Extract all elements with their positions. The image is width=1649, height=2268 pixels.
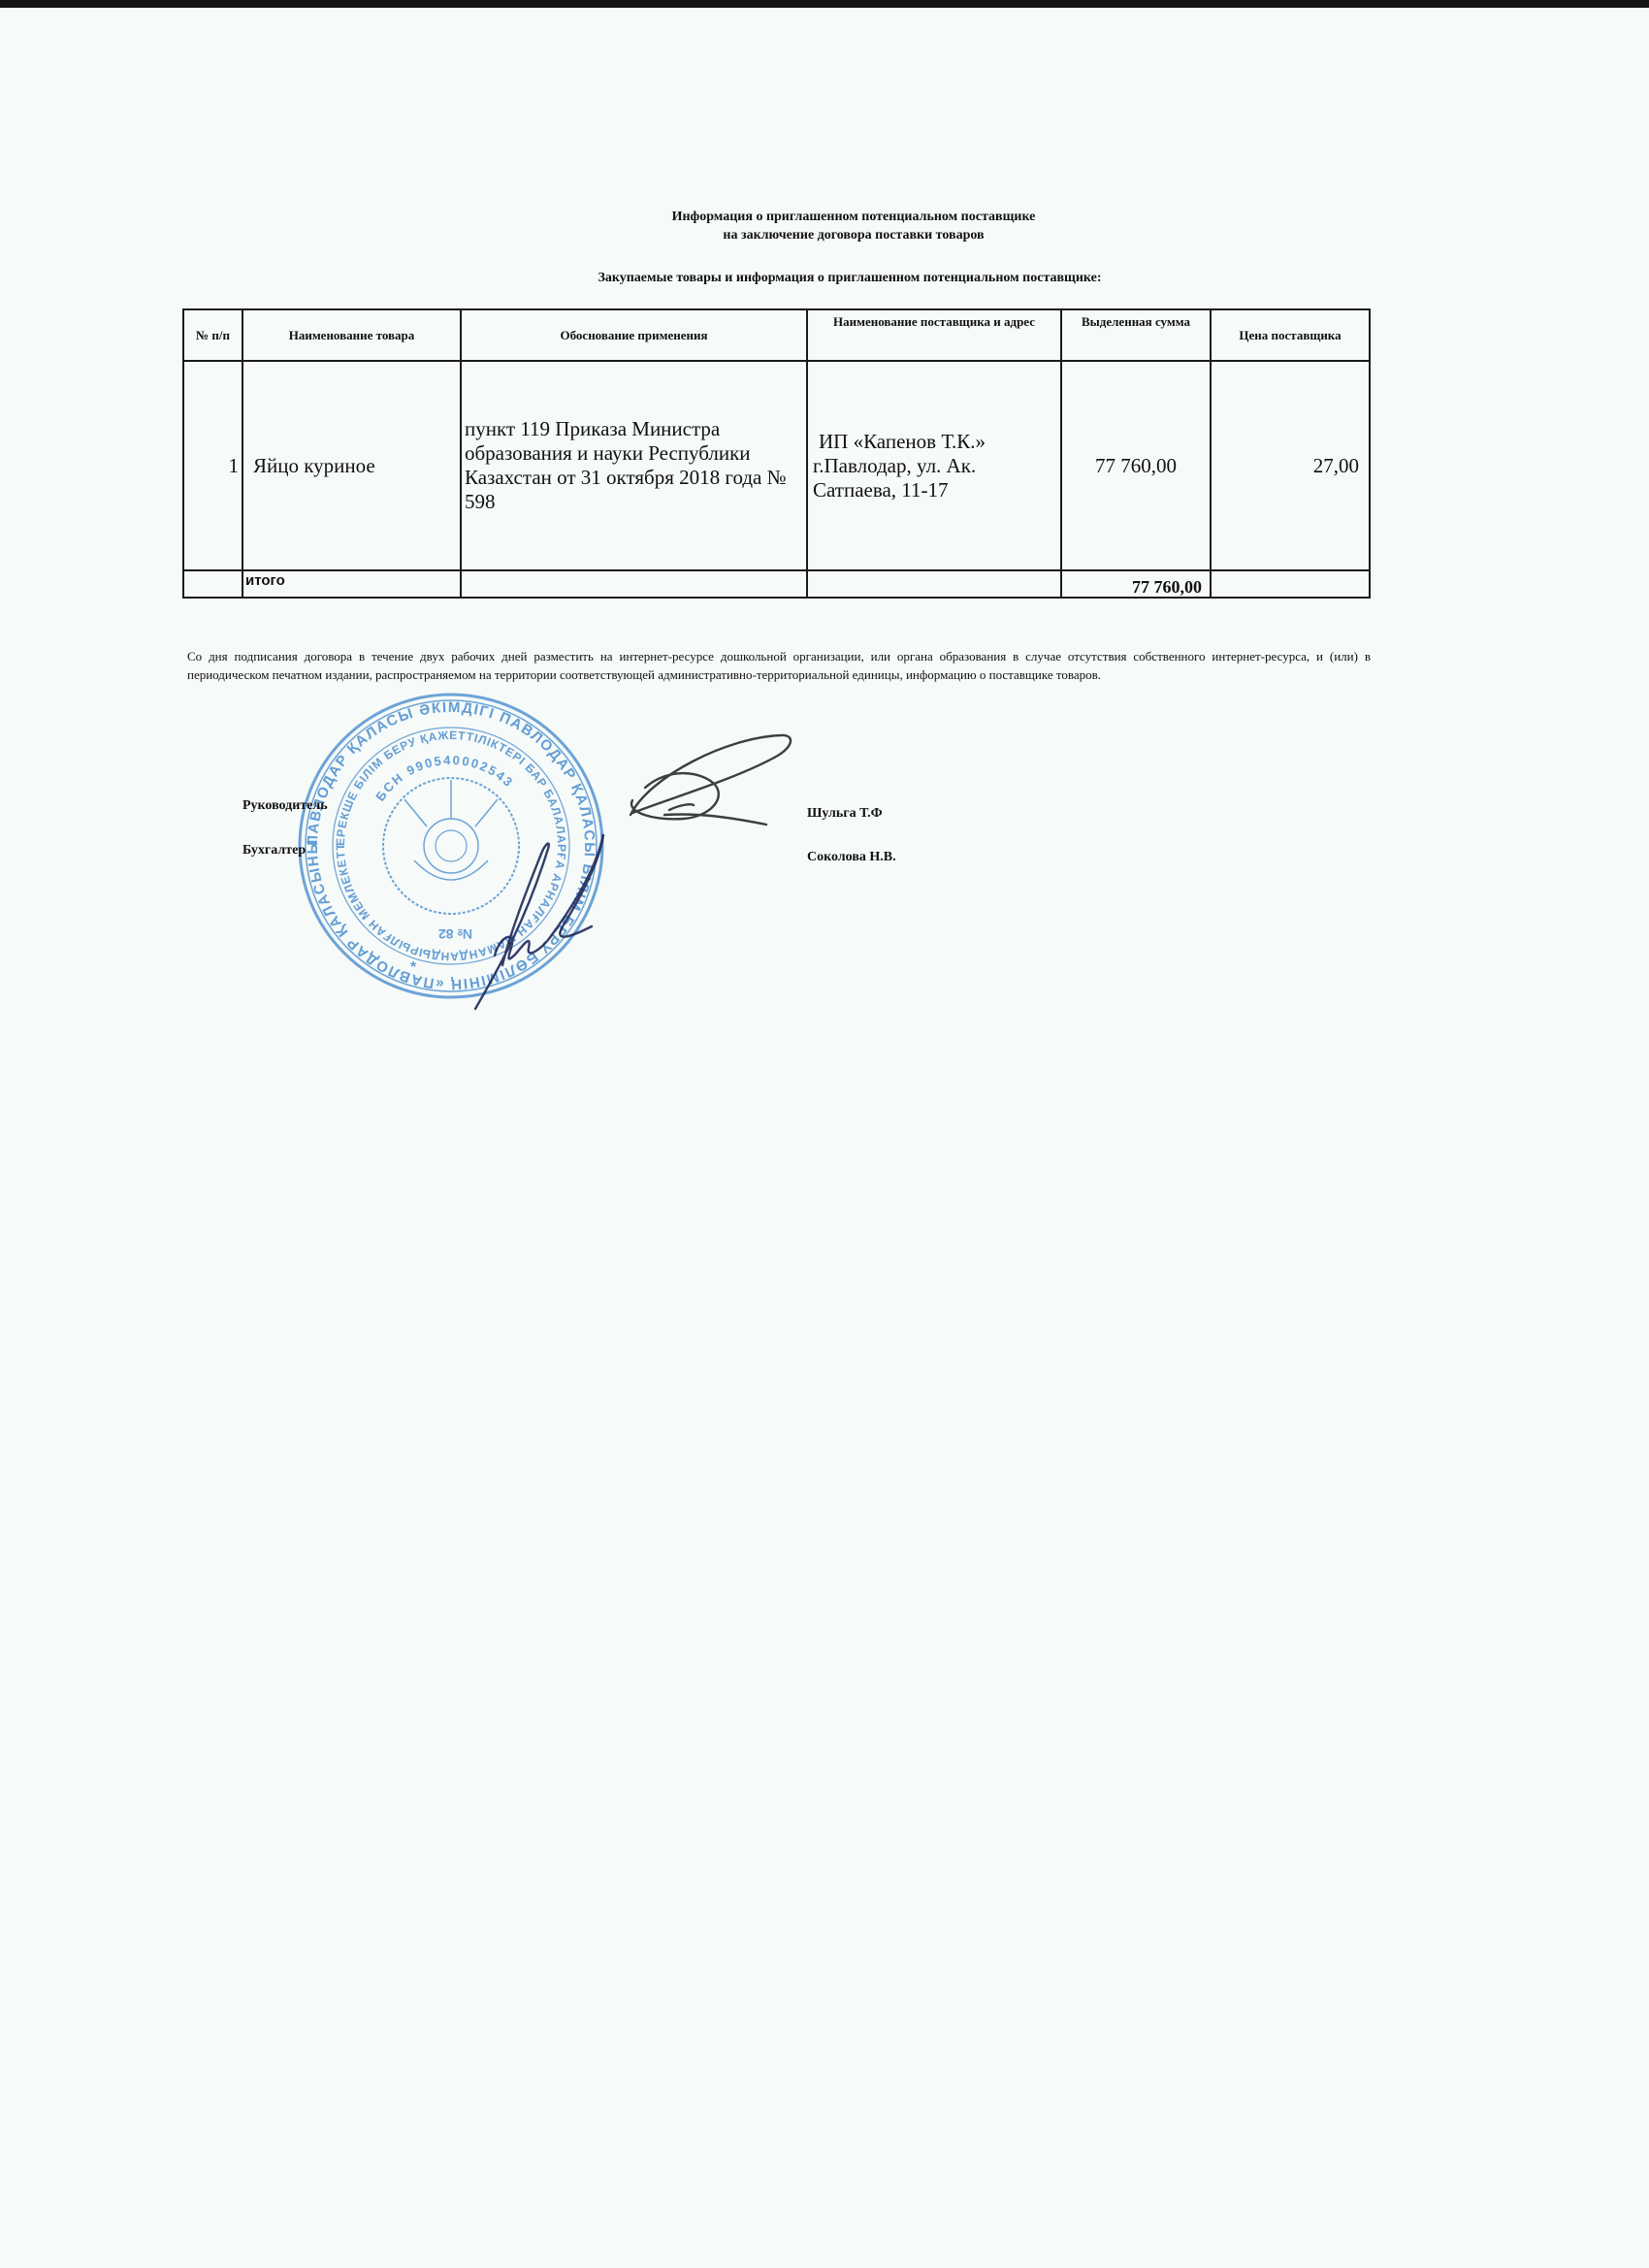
column-header-basis: Обоснование применения <box>461 309 807 361</box>
accountant-signature-icon <box>456 829 621 1014</box>
head-label: Руководитель <box>242 797 328 814</box>
table-header-row: № п/п Наименование товара Обоснование пр… <box>183 309 1370 361</box>
document-subtitle: Закупаемые товары и информация о приглаш… <box>0 270 1649 286</box>
document-title-line1: Информация о приглашенном потенциальном … <box>0 209 1649 225</box>
director-signature-icon <box>611 718 805 844</box>
cell-number: 1 <box>183 361 242 570</box>
cell-allocated-amount: 77 760,00 <box>1061 361 1211 570</box>
svg-text:№ 82: № 82 <box>438 926 472 942</box>
head-name: Шульга Т.Ф <box>807 805 883 822</box>
svg-text:ЕРЕКШЕ БІЛІМ БЕРУ ҚАЖЕТТІЛІКТЕ: ЕРЕКШЕ БІЛІМ БЕРУ ҚАЖЕТТІЛІКТЕРІ БАР БАЛ… <box>296 691 568 963</box>
svg-text:БСН 990540002543: БСН 990540002543 <box>372 753 516 804</box>
supplier-name: ИП «Капенов Т.К.» <box>813 430 1060 454</box>
official-stamp-icon: ПАВЛОДАР ҚАЛАСЫ ӘКІМДІГІ ПАВЛОДАР ҚАЛАСЫ… <box>296 691 606 1001</box>
column-header-supplier-price: Цена поставщика <box>1211 309 1370 361</box>
accountant-name: Соколова Н.В. <box>807 849 896 865</box>
total-cell-empty <box>1211 570 1370 598</box>
supplier-address: г.Павлодар, ул. Ак. Сатпаева, 11-17 <box>813 454 1060 502</box>
cell-product: Яйцо куриное <box>242 361 461 570</box>
total-cell-empty <box>461 570 807 598</box>
table-total-row: итого 77 760,00 <box>183 570 1370 598</box>
accountant-label: Бухгалтер <box>242 842 306 859</box>
publication-note: Со дня подписания договора в течение дву… <box>187 647 1371 684</box>
column-header-allocated-amount: Выделенная сумма <box>1061 309 1211 361</box>
procurement-table: № п/п Наименование товара Обоснование пр… <box>182 308 1371 599</box>
svg-text:ПАВЛОДАР ҚАЛАСЫ ӘКІМДІГІ ПАВЛО: ПАВЛОДАР ҚАЛАСЫ ӘКІМДІГІ ПАВЛОДАР ҚАЛАСЫ… <box>296 691 598 992</box>
total-cell-empty <box>807 570 1061 598</box>
total-cell-empty <box>183 570 242 598</box>
total-allocated-amount: 77 760,00 <box>1061 570 1211 598</box>
cell-supplier: ИП «Капенов Т.К.» г.Павлодар, ул. Ак. Са… <box>807 361 1061 570</box>
svg-text:*: * <box>410 959 417 976</box>
column-header-product: Наименование товара <box>242 309 461 361</box>
scan-top-edge <box>0 0 1649 8</box>
cell-basis: пункт 119 Приказа Министра образования и… <box>461 361 807 570</box>
document-title-line2: на заключение договора поставки товаров <box>0 227 1649 243</box>
cell-supplier-price: 27,00 <box>1211 361 1370 570</box>
column-header-number: № п/п <box>183 309 242 361</box>
column-header-supplier: Наименование поставщика и адрес <box>807 309 1061 361</box>
total-label: итого <box>242 570 461 598</box>
table-row: 1 Яйцо куриное пункт 119 Приказа Министр… <box>183 361 1370 570</box>
